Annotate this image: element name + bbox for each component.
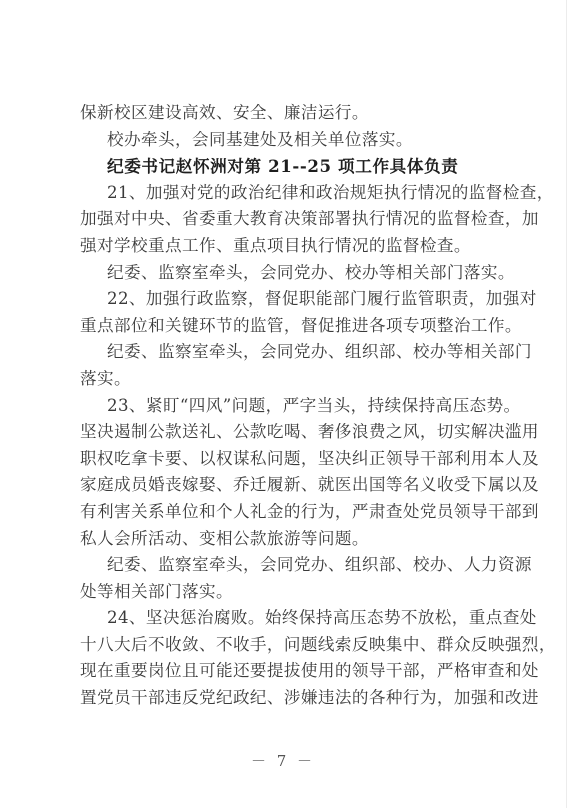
text-line: 24、坚决惩治腐败。始终保持高压态势不放松，重点查处 xyxy=(80,605,498,632)
paragraph-responsibility: 纪委、监察室牵头，会同党办、组织部、校办、人力资源 处等相关部门落实。 xyxy=(80,552,498,605)
item-22: 22、加强行政监察，督促职能部门履行监管职责，加强对 重点部位和关键环节的监管，… xyxy=(80,286,498,339)
text-line: 有利害关系单位和个人礼金的行为，严肃查处党员领导干部到 xyxy=(80,499,498,526)
text-line: 保新校区建设高效、安全、廉洁运行。 xyxy=(80,100,498,127)
paragraph-responsibility: 纪委、监察室牵头，会同党办、校办等相关部门落实。 xyxy=(80,260,498,287)
section-heading: 纪委书记赵怀洲对第 21--25 项工作具体负责 xyxy=(80,153,498,180)
text-line: 纪委、监察室牵头，会同党办、组织部、校办等相关部门 xyxy=(80,339,498,366)
text-line: 21、加强对党的政治纪律和政治规矩执行情况的监督检查， xyxy=(80,180,498,207)
text-line: 重点部位和关键环节的监管，督促推进各项专项整治工作。 xyxy=(80,313,498,340)
text-line: 十八大后不收敛、不收手，问题线索反映集中、群众反映强烈， xyxy=(80,632,498,659)
text-line: 纪委、监察室牵头，会同党办、校办等相关部门落实。 xyxy=(80,260,498,287)
text-line: 落实。 xyxy=(80,366,498,393)
item-21: 21、加强对党的政治纪律和政治规矩执行情况的监督检查， 加强对中央、省委重大教育… xyxy=(80,180,498,260)
text-line: 现在重要岗位且可能还要提拔使用的领导干部，严格审查和处 xyxy=(80,658,498,685)
text-line: 处等相关部门落实。 xyxy=(80,579,498,606)
text-line: 职权吃拿卡要、以权谋私问题，坚决纠正领导干部利用本人及 xyxy=(80,446,498,473)
item-23: 23、紧盯“四风”问题，严字当头，持续保持高压态势。 坚决遏制公款送礼、公款吃喝… xyxy=(80,393,498,553)
heading-text: 纪委书记赵怀洲对第 21--25 项工作具体负责 xyxy=(80,153,498,180)
text-line: 置党员干部违反党纪政纪、涉嫌违法的各种行为，加强和改进 xyxy=(80,685,498,712)
text-line: 23、紧盯“四风”问题，严字当头，持续保持高压态势。 xyxy=(80,393,498,420)
paragraph-responsibility: 纪委、监察室牵头，会同党办、组织部、校办等相关部门 落实。 xyxy=(80,339,498,392)
text-line: 私人会所活动、变相公款旅游等问题。 xyxy=(80,526,498,553)
page-number: － 7 － xyxy=(0,750,566,771)
text-line: 22、加强行政监察，督促职能部门履行监管职责，加强对 xyxy=(80,286,498,313)
text-line: 校办牵头，会同基建处及相关单位落实。 xyxy=(80,127,498,154)
document-body: 保新校区建设高效、安全、廉洁运行。 校办牵头，会同基建处及相关单位落实。 纪委书… xyxy=(80,100,498,712)
document-page: 保新校区建设高效、安全、廉洁运行。 校办牵头，会同基建处及相关单位落实。 纪委书… xyxy=(0,0,567,808)
text-line: 纪委、监察室牵头，会同党办、组织部、校办、人力资源 xyxy=(80,552,498,579)
text-line: 坚决遏制公款送礼、公款吃喝、奢侈浪费之风，切实解决滥用 xyxy=(80,419,498,446)
text-line: 加强对中央、省委重大教育决策部署执行情况的监督检查，加 xyxy=(80,206,498,233)
text-line: 家庭成员婚丧嫁娶、乔迁履新、就医出国等名义收受下属以及 xyxy=(80,472,498,499)
paragraph-responsibility: 校办牵头，会同基建处及相关单位落实。 xyxy=(80,127,498,154)
text-line: 强对学校重点工作、重点项目执行情况的监督检查。 xyxy=(80,233,498,260)
item-24: 24、坚决惩治腐败。始终保持高压态势不放松，重点查处 十八大后不收敛、不收手，问… xyxy=(80,605,498,711)
paragraph-continuation: 保新校区建设高效、安全、廉洁运行。 xyxy=(80,100,498,127)
